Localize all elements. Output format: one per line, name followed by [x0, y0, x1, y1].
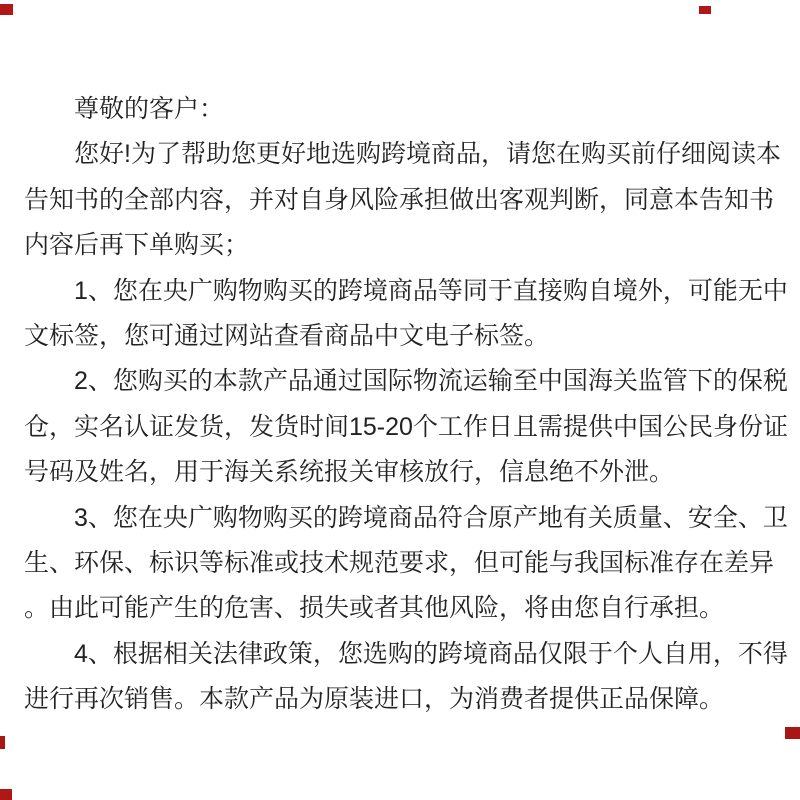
notice-page: { "colors": { "background": "#ffffff", "… [0, 0, 800, 800]
notice-line: 。由此可能产生的危害、损失或者其他风险，将由您自行承担。 [24, 586, 794, 631]
notice-line: 3、您在央广购物购买的跨境商品符合原产地有关质量、安全、卫 [24, 496, 794, 541]
notice-line: 号码及姓名，用于海关系统报关审核放行，信息绝不外泄。 [24, 450, 794, 495]
notice-line: 尊敬的客户： [24, 87, 794, 132]
notice-line: 生、环保、标识等标准或技术规范要求，但可能与我国标准存在差异 [24, 541, 794, 586]
red-artifact-bottom-left [0, 789, 12, 800]
notice-line: 仓，实名认证发货，发货时间15-20个工作日且需提供中国公民身份证 [24, 405, 794, 450]
red-artifact-right-edge [785, 727, 800, 739]
notice-line: 进行再次销售。本款产品为原装进口，为消费者提供正品保障。 [24, 677, 794, 722]
red-artifact-left-edge [0, 736, 5, 749]
cross-border-purchase-notice: 尊敬的客户：您好!为了帮助您更好地选购跨境商品，请您在购买前仔细阅读本告知书的全… [24, 87, 794, 723]
notice-line: 告知书的全部内容，并对自身风险承担做出客观判断，同意本告知书 [24, 178, 794, 223]
notice-line: 文标签，您可通过网站查看商品中文电子标签。 [24, 314, 794, 359]
red-artifact-top-left [0, 4, 13, 15]
notice-line: 内容后再下单购买； [24, 223, 794, 268]
notice-line: 2、您购买的本款产品通过国际物流运输至中国海关监管下的保税 [24, 359, 794, 404]
notice-line: 您好!为了帮助您更好地选购跨境商品，请您在购买前仔细阅读本 [24, 132, 794, 177]
red-artifact-top-right [699, 6, 711, 14]
notice-line: 4、根据相关法律政策，您选购的跨境商品仅限于个人自用，不得 [24, 632, 794, 677]
notice-line: 1、您在央广购物购买的跨境商品等同于直接购自境外，可能无中 [24, 269, 794, 314]
